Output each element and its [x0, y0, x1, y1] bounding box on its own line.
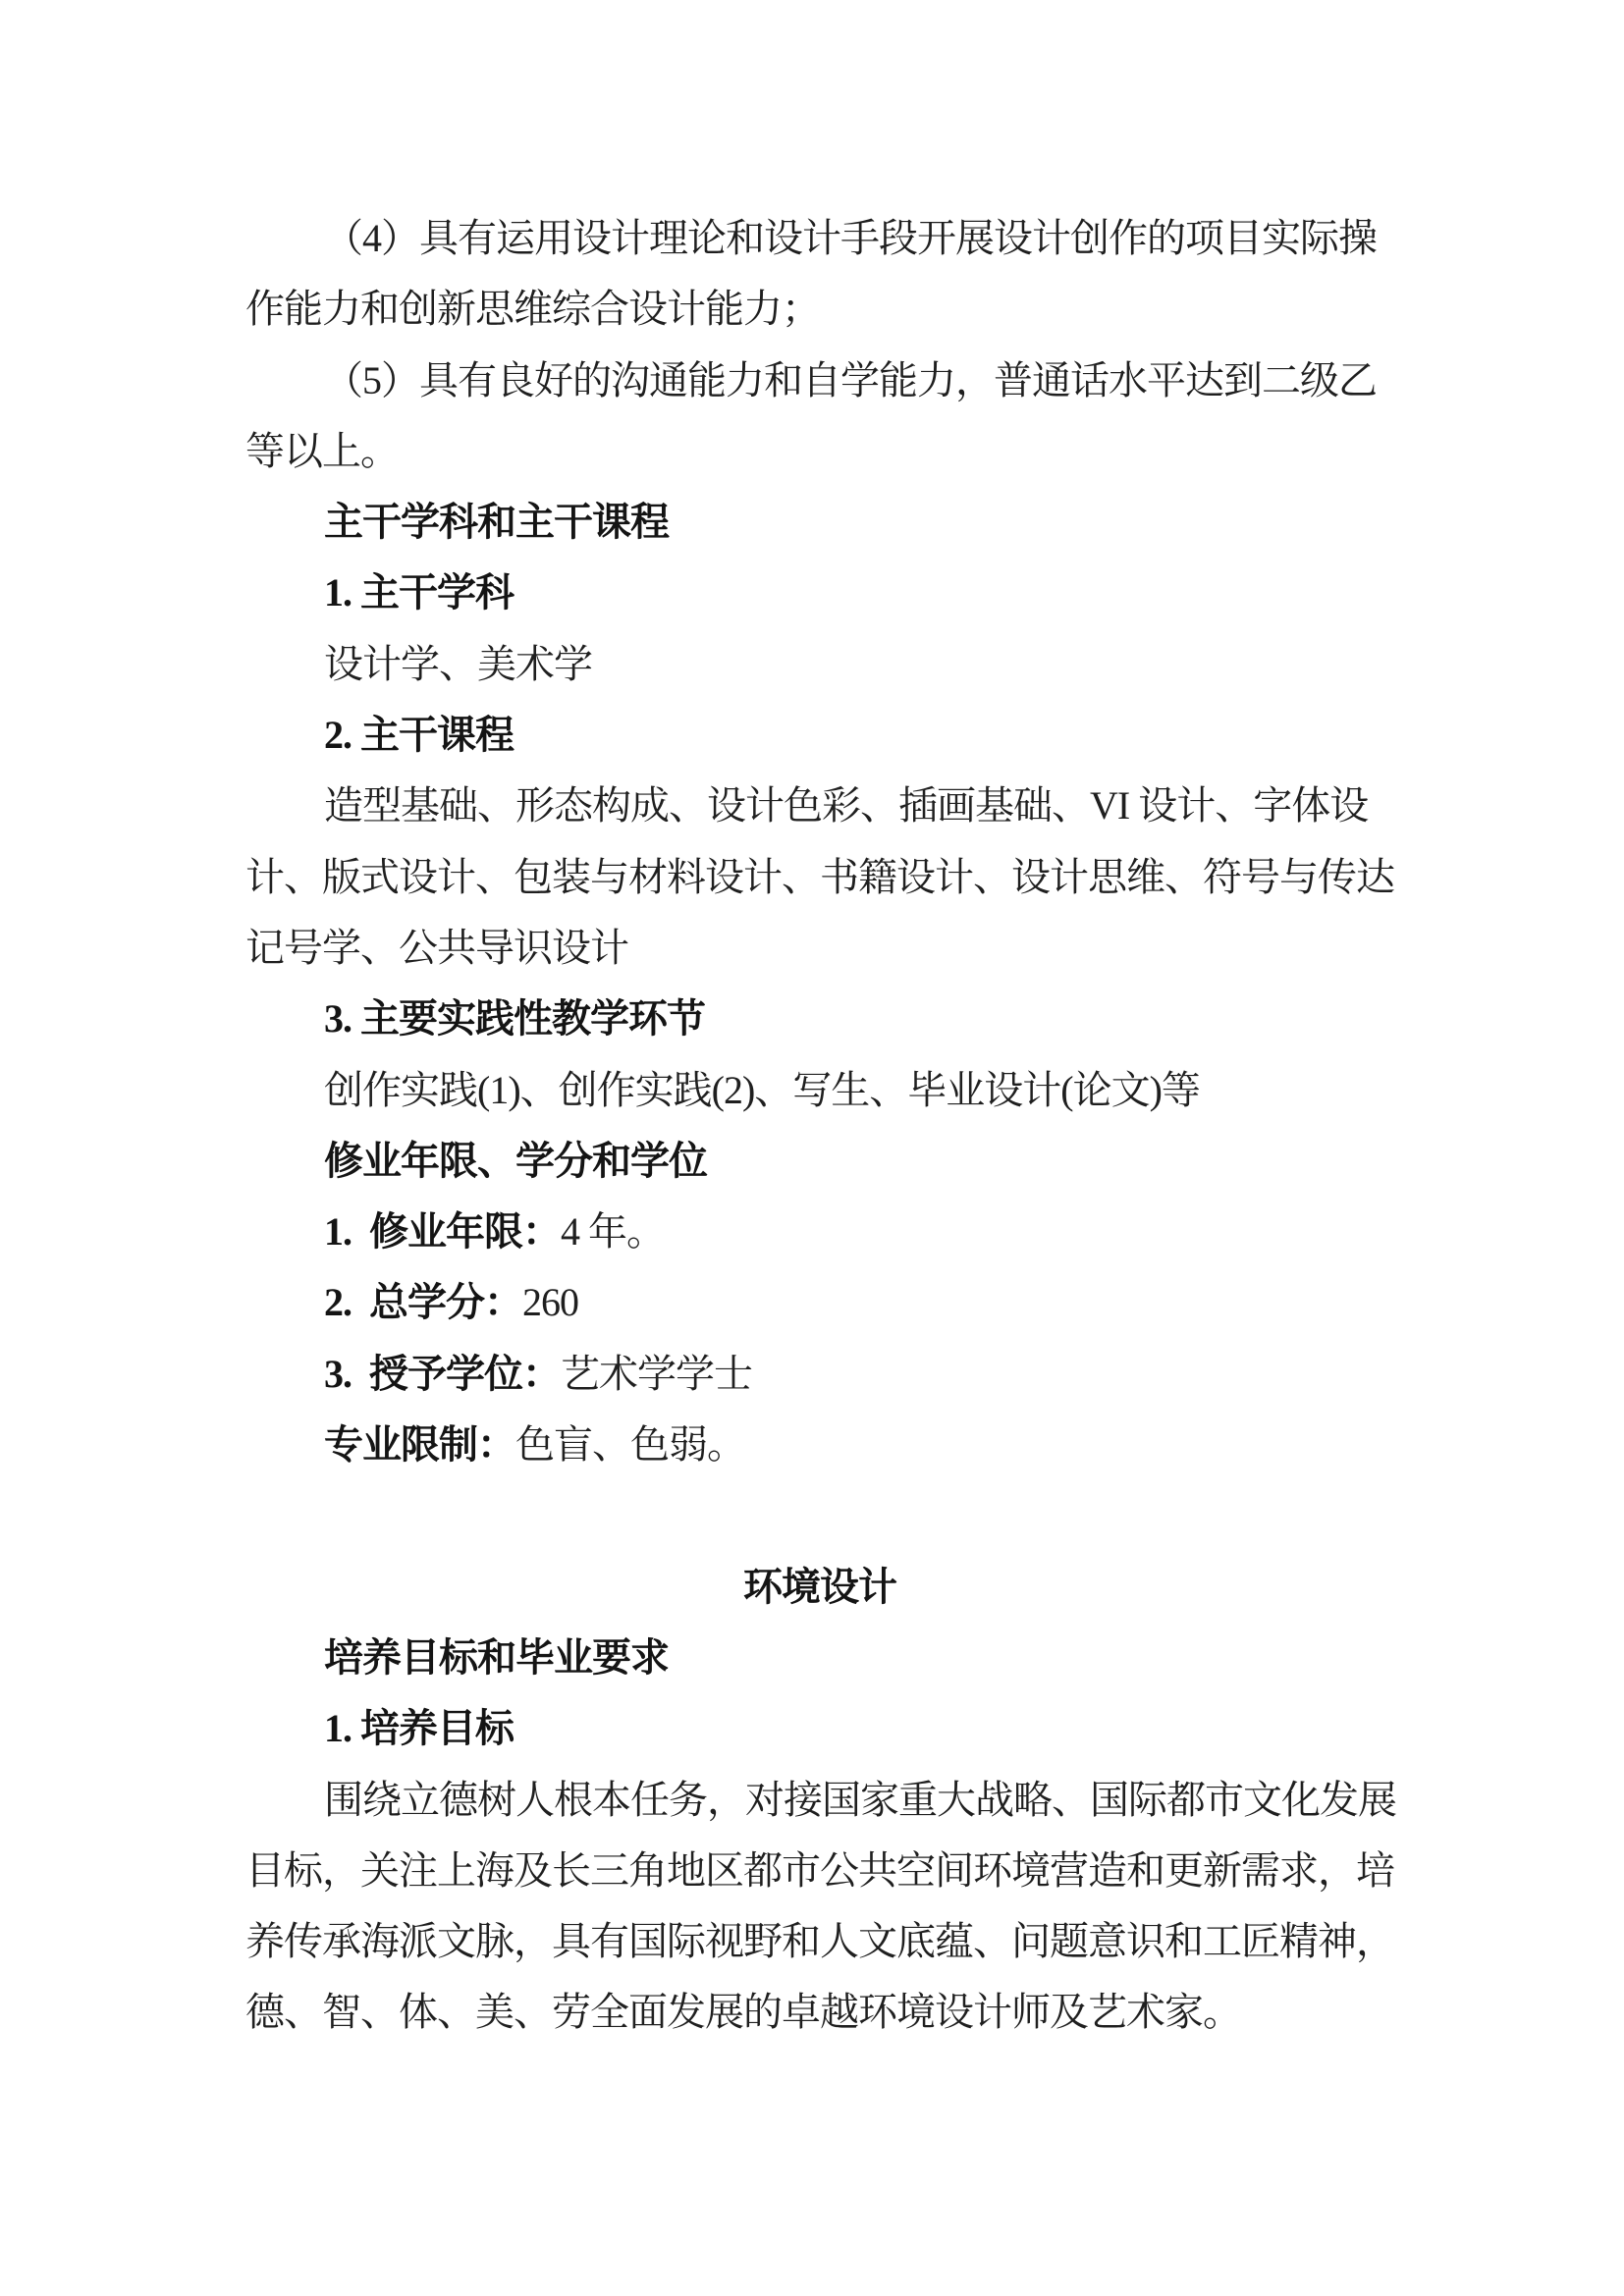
text-run: （4）具有运用设计理论和设计手段开展设计创作的项目实际操 — [324, 216, 1377, 260]
bold-text-run: 1. 修业年限： — [324, 1209, 561, 1254]
blank-line — [245, 1480, 1394, 1551]
text-run: 记号学、公共导识设计 — [245, 926, 628, 970]
text-line: 3. 授予学位：艺术学学士 — [245, 1339, 1394, 1410]
section-heading: 1. 主干学科 — [245, 558, 1394, 628]
text-line: 创作实践(1)、创作实践(2)、写生、毕业设计(论文)等 — [245, 1055, 1394, 1126]
bold-text-run: 培养目标和毕业要求 — [324, 1635, 669, 1680]
text-line: 作能力和创新思维综合设计能力； — [245, 274, 1394, 345]
text-run: 养传承海派文脉，具有国际视野和人文底蕴、问题意识和工匠精神， — [245, 1919, 1394, 1963]
text-run: 4 年。 — [561, 1209, 665, 1254]
text-run: 目标，关注上海及长三角地区都市公共空间环境营造和更新需求，培 — [245, 1848, 1394, 1893]
bold-text-run: 专业限制： — [324, 1422, 515, 1467]
text-line: 专业限制：色盲、色弱。 — [245, 1410, 1394, 1480]
section-heading: 2. 主干课程 — [245, 700, 1394, 771]
section-heading: 1. 培养目标 — [245, 1693, 1394, 1764]
section-heading: 修业年限、学分和学位 — [245, 1126, 1394, 1197]
text-line: 计、版式设计、包装与材料设计、书籍设计、设计思维、符号与传达 — [245, 842, 1394, 913]
text-line: （5）具有良好的沟通能力和自学能力，普通话水平达到二级乙 — [245, 346, 1394, 416]
text-run: 色盲、色弱。 — [515, 1422, 745, 1467]
document-body: （4）具有运用设计理论和设计手段开展设计创作的项目实际操作能力和创新思维综合设计… — [245, 203, 1394, 2049]
text-run: （5）具有良好的沟通能力和自学能力，普通话水平达到二级乙 — [324, 358, 1377, 402]
text-line: 养传承海派文脉，具有国际视野和人文底蕴、问题意识和工匠精神， — [245, 1906, 1394, 1977]
section-heading: 培养目标和毕业要求 — [245, 1623, 1394, 1693]
text-line: 1. 修业年限：4 年。 — [245, 1197, 1394, 1267]
document-title: 环境设计 — [245, 1552, 1394, 1623]
text-run: 创作实践(1)、创作实践(2)、写生、毕业设计(论文)等 — [324, 1068, 1200, 1112]
bold-text-run: 3. 主要实践性教学环节 — [324, 996, 705, 1041]
text-run: 260 — [522, 1280, 578, 1324]
text-line: 记号学、公共导识设计 — [245, 913, 1394, 984]
section-heading: 主干学科和主干课程 — [245, 487, 1394, 558]
text-line: （4）具有运用设计理论和设计手段开展设计创作的项目实际操 — [245, 203, 1394, 274]
text-line: 设计学、美术学 — [245, 629, 1394, 700]
bold-text-run: 2. 总学分： — [324, 1280, 522, 1324]
bold-text-run: 修业年限、学分和学位 — [324, 1139, 707, 1183]
text-run: 德、智、体、美、劳全面发展的卓越环境设计师及艺术家。 — [245, 1990, 1241, 2034]
document-page: （4）具有运用设计理论和设计手段开展设计创作的项目实际操作能力和创新思维综合设计… — [0, 0, 1624, 2296]
text-run: 作能力和创新思维综合设计能力； — [245, 287, 820, 331]
text-line: 目标，关注上海及长三角地区都市公共空间环境营造和更新需求，培 — [245, 1836, 1394, 1906]
bold-text-run: 3. 授予学位： — [324, 1352, 561, 1396]
bold-text-run: 1. 培养目标 — [324, 1706, 514, 1750]
text-line: 围绕立德树人根本任务，对接国家重大战略、国际都市文化发展 — [245, 1765, 1394, 1836]
text-line: 造型基础、形态构成、设计色彩、插画基础、VI 设计、字体设 — [245, 771, 1394, 841]
text-line: 德、智、体、美、劳全面发展的卓越环境设计师及艺术家。 — [245, 1977, 1394, 2048]
text-run: 计、版式设计、包装与材料设计、书籍设计、设计思维、符号与传达 — [245, 855, 1394, 899]
text-run: 等以上。 — [245, 429, 399, 473]
text-run: 艺术学学士 — [561, 1352, 752, 1396]
text-line: 2. 总学分：260 — [245, 1267, 1394, 1338]
section-heading: 3. 主要实践性教学环节 — [245, 984, 1394, 1054]
text-run: 围绕立德树人根本任务，对接国家重大战略、国际都市文化发展 — [324, 1778, 1396, 1822]
bold-text-run: 主干学科和主干课程 — [324, 500, 669, 544]
bold-text-run: 1. 主干学科 — [324, 570, 514, 614]
bold-text-run: 2. 主干课程 — [324, 713, 514, 757]
text-run: 设计学、美术学 — [324, 642, 592, 686]
bold-text-run: 环境设计 — [743, 1565, 896, 1609]
text-run: 造型基础、形态构成、设计色彩、插画基础、VI 设计、字体设 — [324, 783, 1368, 828]
text-line: 等以上。 — [245, 416, 1394, 487]
